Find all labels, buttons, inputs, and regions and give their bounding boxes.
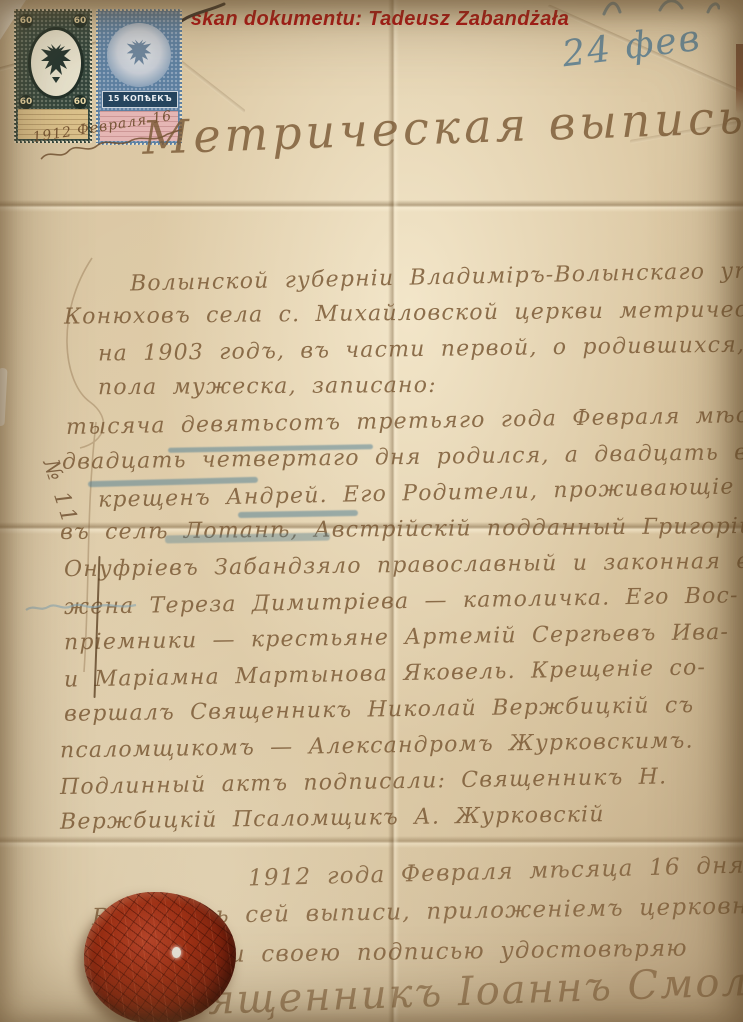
cropped-note-strokes [600,0,720,16]
fold-crease-horizontal-top [0,200,743,212]
wax-seal [84,892,236,1022]
stamp-denomination-60: 60 [19,95,33,109]
double-headed-eagle-icon [39,41,73,85]
blue-scribble-mark [24,598,139,616]
stamp-denomination-banner: 15 КОПѢЕКЪ [102,91,178,108]
stamp-denomination-60: 60 [19,14,33,28]
scanned-document-page: skan dokumentu: Tadeusz Zabandżała 24 фе… [0,0,743,1022]
body-text: Волынской губерніи Владиміръ-Волынскаго … [58,260,743,836]
stamp-oval-frame [28,27,84,99]
double-headed-eagle-icon [124,37,154,73]
stamp-denomination-60: 60 [73,95,87,109]
stamp-denomination-60: 60 [73,14,87,28]
torn-edge-left [0,368,8,426]
stamp-circle-medallion [107,23,171,87]
